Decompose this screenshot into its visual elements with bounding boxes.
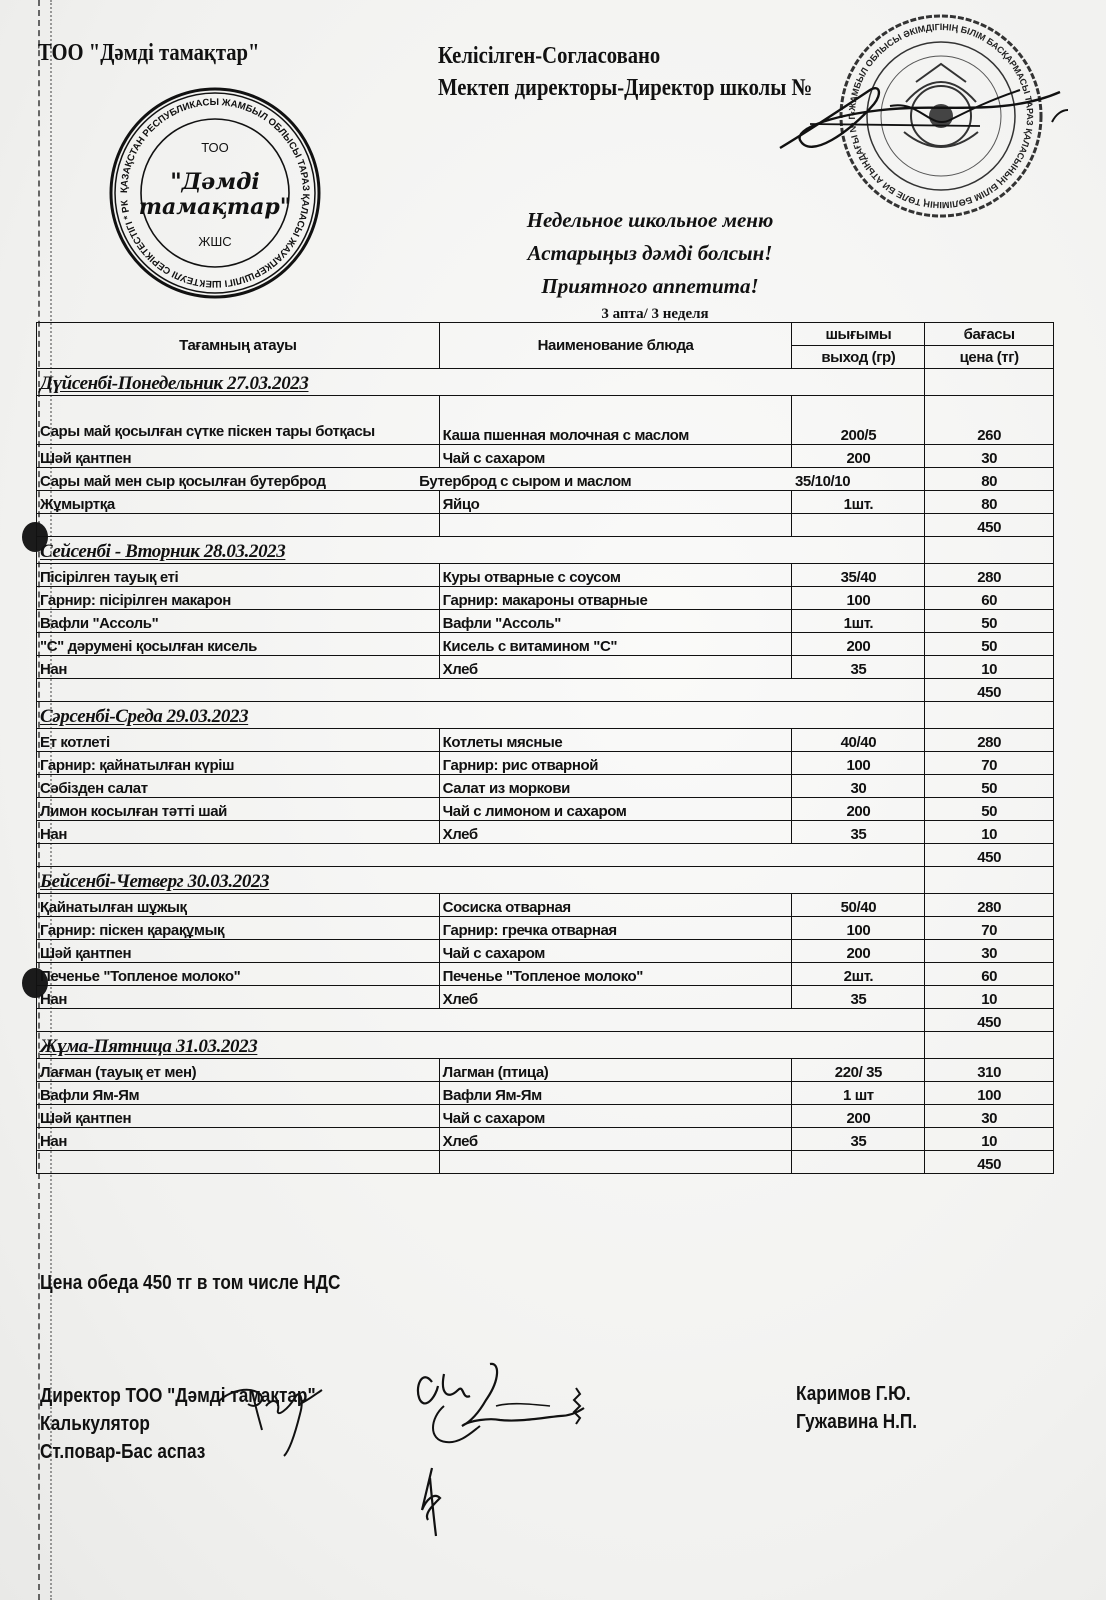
empty-cell (37, 1009, 925, 1032)
dish-output: 200 (792, 798, 925, 821)
menu-greeting-kz: Астарыңыз дәмді болсын! (470, 237, 830, 270)
menu-item-row: Печенье "Топленое молоко"Печенье "Топлен… (37, 963, 1054, 986)
dish-name-ru: Кисель с витамином "С" (439, 633, 792, 656)
menu-item-row: ЖұмыртқаЯйцо1шт.80 (37, 491, 1054, 514)
menu-item-row: Қайнатылған шұжықСосиска отварная50/4028… (37, 894, 1054, 917)
day-total: 450 (925, 1009, 1054, 1032)
dish-name-ru: Хлеб (439, 1128, 792, 1151)
dish-price: 50 (925, 610, 1054, 633)
dish-output: 30 (792, 775, 925, 798)
day-price-cell (925, 1032, 1054, 1059)
stamp-top-text: ТОО (201, 140, 229, 155)
dish-output: 200 (792, 940, 925, 963)
dish-price: 80 (925, 468, 1054, 491)
dish-name-ru: Хлеб (439, 821, 792, 844)
dish-price: 10 (925, 656, 1054, 679)
empty-cell (37, 679, 925, 702)
day-total-row: 450 (37, 1151, 1054, 1174)
dish-name-kz: Сары май мен сыр қосылған бутерброд (37, 468, 440, 491)
dish-name-kz: Гарнир: пісірілген макарон (37, 587, 440, 610)
day-price-cell (925, 369, 1054, 396)
day-price-cell (925, 537, 1054, 564)
dish-output: 1шт. (792, 491, 925, 514)
dish-price: 30 (925, 445, 1054, 468)
dish-price: 10 (925, 821, 1054, 844)
menu-item-row: Сары май мен сыр қосылған бутербродБутер… (37, 468, 1054, 491)
empty-cell (792, 514, 925, 537)
menu-item-row: Шәй қантпенЧай с сахаром20030 (37, 1105, 1054, 1128)
dish-name-kz: Нан (37, 656, 440, 679)
day-total: 450 (925, 514, 1054, 537)
dish-name-kz: Пісірілген тауық еті (37, 564, 440, 587)
dish-output: 35/40 (792, 564, 925, 587)
day-header-row: Бейсенбі-Четверг 30.03.2023 (37, 867, 1054, 894)
dish-name-ru: Хлеб (439, 986, 792, 1009)
dish-name-ru: Салат из моркови (439, 775, 792, 798)
stamp-name-line: тамақтар" (139, 194, 292, 220)
dish-name-ru: Вафли Ям-Ям (439, 1082, 792, 1105)
menu-greeting-ru: Приятного аппетита! (470, 270, 830, 303)
menu-item-row: НанХлеб3510 (37, 821, 1054, 844)
dish-name-kz: Сары май қосылған сүтке піскен тары ботқ… (37, 396, 440, 445)
day-title: Бейсенбі-Четверг 30.03.2023 (40, 871, 269, 892)
dish-output: 35 (792, 1128, 925, 1151)
dish-name-kz: Лағман (тауық ет мен) (37, 1059, 440, 1082)
dish-price: 50 (925, 633, 1054, 656)
day-header-row: Дүйсенбі-Понедельник 27.03.2023 (37, 369, 1054, 396)
dish-name-kz: Нан (37, 821, 440, 844)
dish-output: 35 (792, 656, 925, 679)
dish-price: 70 (925, 917, 1054, 940)
day-title: Дүйсенбі-Понедельник 27.03.2023 (40, 373, 309, 394)
dish-name-kz: Гарнир: піскен қарақұмық (37, 917, 440, 940)
stamp-name-line: "Дәмді (170, 169, 260, 195)
dish-output: 100 (792, 587, 925, 610)
dish-output: 200/5 (792, 396, 925, 445)
dish-price: 280 (925, 729, 1054, 752)
approval-block: Келісілген-Согласовано Мектеп директоры-… (438, 40, 812, 104)
empty-cell (37, 1151, 440, 1174)
day-total: 450 (925, 1151, 1054, 1174)
director-signature-icon (770, 70, 1070, 180)
dish-price: 280 (925, 564, 1054, 587)
dish-price: 280 (925, 894, 1054, 917)
dish-output: 50/40 (792, 894, 925, 917)
dish-output: 35 (792, 986, 925, 1009)
day-title-cell: Сәрсенбі-Среда 29.03.2023 (37, 702, 925, 729)
dish-output: 200 (792, 1105, 925, 1128)
dish-price: 50 (925, 775, 1054, 798)
dish-output: 1шт. (792, 610, 925, 633)
day-header-row: Сәрсенбі-Среда 29.03.2023 (37, 702, 1054, 729)
dish-output: 200 (792, 445, 925, 468)
menu-item-row: НанХлеб3510 (37, 656, 1054, 679)
dish-output: 2шт. (792, 963, 925, 986)
menu-item-row: Сәбізден салатСалат из моркови3050 (37, 775, 1054, 798)
dish-name-ru: Чай с лимоном и сахаром (439, 798, 792, 821)
header-output-ru: выход (гр) (792, 346, 925, 369)
menu-titles: Недельное школьное меню Астарыңыз дәмді … (470, 204, 830, 303)
dish-name-ru: Каша пшенная молочная с маслом (439, 396, 792, 445)
day-total: 450 (925, 844, 1054, 867)
header-kz-name: Тағамның атауы (37, 323, 440, 369)
menu-item-row: Лағман (тауық ет мен)Лагман (птица)220/ … (37, 1059, 1054, 1082)
empty-cell (439, 514, 792, 537)
empty-cell (37, 844, 925, 867)
dish-name-kz: Вафли "Ассоль" (37, 610, 440, 633)
menu-item-row: НанХлеб3510 (37, 1128, 1054, 1151)
dish-name-ru: Гарнир: макароны отварные (439, 587, 792, 610)
menu-item-row: Шәй қантпенЧай с сахаром20030 (37, 940, 1054, 963)
day-title-cell: Бейсенбі-Четверг 30.03.2023 (37, 867, 925, 894)
header-ru-name: Наименование блюда (439, 323, 792, 369)
name-calculator: Гужавина Н.П. (796, 1408, 917, 1436)
dish-name-kz: Қайнатылған шұжық (37, 894, 440, 917)
dish-name-ru: Чай с сахаром (439, 445, 792, 468)
menu-item-row: Вафли "Ассоль"Вафли "Ассоль"1шт.50 (37, 610, 1054, 633)
day-price-cell (925, 702, 1054, 729)
dish-name-ru: Печенье "Топленое молоко" (439, 963, 792, 986)
company-name: ТОО "Дәмді тамақтар" (38, 40, 259, 67)
dish-output: 100 (792, 752, 925, 775)
name-director: Каримов Г.Ю. (796, 1380, 917, 1408)
header-price-kz: бағасы (925, 323, 1054, 346)
empty-cell (37, 514, 440, 537)
menu-item-row: Сары май қосылған сүтке піскен тары ботқ… (37, 396, 1054, 445)
day-total-row: 450 (37, 679, 1054, 702)
dish-name-ru: Сосиска отварная (439, 894, 792, 917)
price-note: Цена обеда 450 тг в том числе НДС (40, 1272, 340, 1295)
dish-name-ru: Гарнир: гречка отварная (439, 917, 792, 940)
dish-name-kz: Жұмыртқа (37, 491, 440, 514)
day-total-row: 450 (37, 1009, 1054, 1032)
dish-name-ru: Лагман (птица) (439, 1059, 792, 1082)
dish-output: 1 шт (792, 1082, 925, 1105)
day-price-cell (925, 867, 1054, 894)
dish-name-kz: Ет котлеті (37, 729, 440, 752)
dish-price: 10 (925, 986, 1054, 1009)
day-total-row: 450 (37, 514, 1054, 537)
dish-output: 200 (792, 633, 925, 656)
dish-output: 100 (792, 917, 925, 940)
week-label: 3 апта/ 3 неделя (540, 306, 770, 323)
company-stamp-icon: ҚАЗАҚСТАН РЕСПУБЛИКАСЫ ЖАМБЫЛ ОБЛЫСЫ ТАР… (108, 86, 322, 300)
signatory-names: Каримов Г.Ю. Гужавина Н.П. (796, 1380, 917, 1436)
dish-name-ru: Бутерброд с сыром и маслом (419, 468, 772, 491)
dish-name-kz: Печенье "Топленое молоко" (37, 963, 440, 986)
dish-name-kz: Сәбізден салат (37, 775, 440, 798)
document-page: ТОО "Дәмді тамақтар" Келісілген-Согласов… (0, 0, 1106, 1600)
dish-name-kz: "С" дәрумені қосылған кисель (37, 633, 440, 656)
dish-name-kz: Шәй қантпен (37, 940, 440, 963)
menu-item-row: Вафли Ям-ЯмВафли Ям-Ям1 шт100 (37, 1082, 1054, 1105)
day-total-row: 450 (37, 844, 1054, 867)
dish-name-ru: Яйцо (439, 491, 792, 514)
dish-price: 100 (925, 1082, 1054, 1105)
menu-item-row: Гарнир: қайнатылған күрішГарнир: рис отв… (37, 752, 1054, 775)
menu-item-row: Шәй қантпенЧай с сахаром20030 (37, 445, 1054, 468)
menu-item-row: НанХлеб3510 (37, 986, 1054, 1009)
dish-output: 220/ 35 (792, 1059, 925, 1082)
day-title-cell: Сейсенбі - Вторник 28.03.2023 (37, 537, 925, 564)
dish-price: 310 (925, 1059, 1054, 1082)
dish-name-ru: Котлеты мясные (439, 729, 792, 752)
dish-output: 35/10/10 (792, 468, 925, 491)
dish-price: 50 (925, 798, 1054, 821)
dish-price: 30 (925, 940, 1054, 963)
dish-name-ru: Чай с сахаром (439, 1105, 792, 1128)
dish-price: 80 (925, 491, 1054, 514)
menu-item-row: Гарнир: пісірілген макаронГарнир: макаро… (37, 587, 1054, 610)
stamp-bottom-text: ЖШС (198, 234, 231, 249)
day-title: Сейсенбі - Вторник 28.03.2023 (40, 541, 285, 562)
dish-price: 70 (925, 752, 1054, 775)
empty-cell (792, 1151, 925, 1174)
dish-name-ru: Чай с сахаром (439, 940, 792, 963)
dish-price: 60 (925, 587, 1054, 610)
dish-name-ru: Гарнир: рис отварной (439, 752, 792, 775)
day-header-row: Жұма-Пятница 31.03.2023 (37, 1032, 1054, 1059)
dish-name-ru: Хлеб (439, 656, 792, 679)
dish-name-kz: Нан (37, 1128, 440, 1151)
dish-name-kz: Нан (37, 986, 440, 1009)
day-title-cell: Дүйсенбі-Понедельник 27.03.2023 (37, 369, 925, 396)
signatures-icon (200, 1360, 620, 1540)
empty-cell (439, 1151, 792, 1174)
menu-item-row: Гарнир: піскен қарақұмықГарнир: гречка о… (37, 917, 1054, 940)
approval-line: Келісілген-Согласовано (438, 40, 812, 72)
dish-name-ru: Куры отварные с соусом (439, 564, 792, 587)
header-output-kz: шығымы (792, 323, 925, 346)
dish-price: 60 (925, 963, 1054, 986)
dish-name-kz: Шәй қантпен (37, 445, 440, 468)
approval-director-line: Мектеп директоры-Директор школы № (438, 72, 812, 104)
day-title: Жұма-Пятница 31.03.2023 (40, 1036, 257, 1057)
header-price-ru: цена (тг) (925, 346, 1054, 369)
menu-item-row: Ет котлетіКотлеты мясные40/40280 (37, 729, 1054, 752)
day-title-cell: Жұма-Пятница 31.03.2023 (37, 1032, 925, 1059)
dish-name-kz: Вафли Ям-Ям (37, 1082, 440, 1105)
menu-item-row: "С" дәрумені қосылған кисельКисель с вит… (37, 633, 1054, 656)
menu-title: Недельное школьное меню (470, 204, 830, 237)
dish-name-ru: Вафли "Ассоль" (439, 610, 792, 633)
dish-price: 30 (925, 1105, 1054, 1128)
menu-item-row: Пісірілген тауық етіКуры отварные с соус… (37, 564, 1054, 587)
dish-output: 40/40 (792, 729, 925, 752)
menu-item-row: Лимон косылған тәтті шайЧай с лимоном и … (37, 798, 1054, 821)
day-total: 450 (925, 679, 1054, 702)
day-header-row: Сейсенбі - Вторник 28.03.2023 (37, 537, 1054, 564)
dish-output: 35 (792, 821, 925, 844)
dish-name-kz: Шәй қантпен (37, 1105, 440, 1128)
dish-price: 260 (925, 396, 1054, 445)
weekly-menu-table: Тағамның атауы Наименование блюда шығымы… (36, 322, 1054, 1174)
dish-name-kz: Лимон косылған тәтті шай (37, 798, 440, 821)
dish-name-kz: Гарнир: қайнатылған күріш (37, 752, 440, 775)
dish-price: 10 (925, 1128, 1054, 1151)
day-title: Сәрсенбі-Среда 29.03.2023 (40, 706, 248, 727)
